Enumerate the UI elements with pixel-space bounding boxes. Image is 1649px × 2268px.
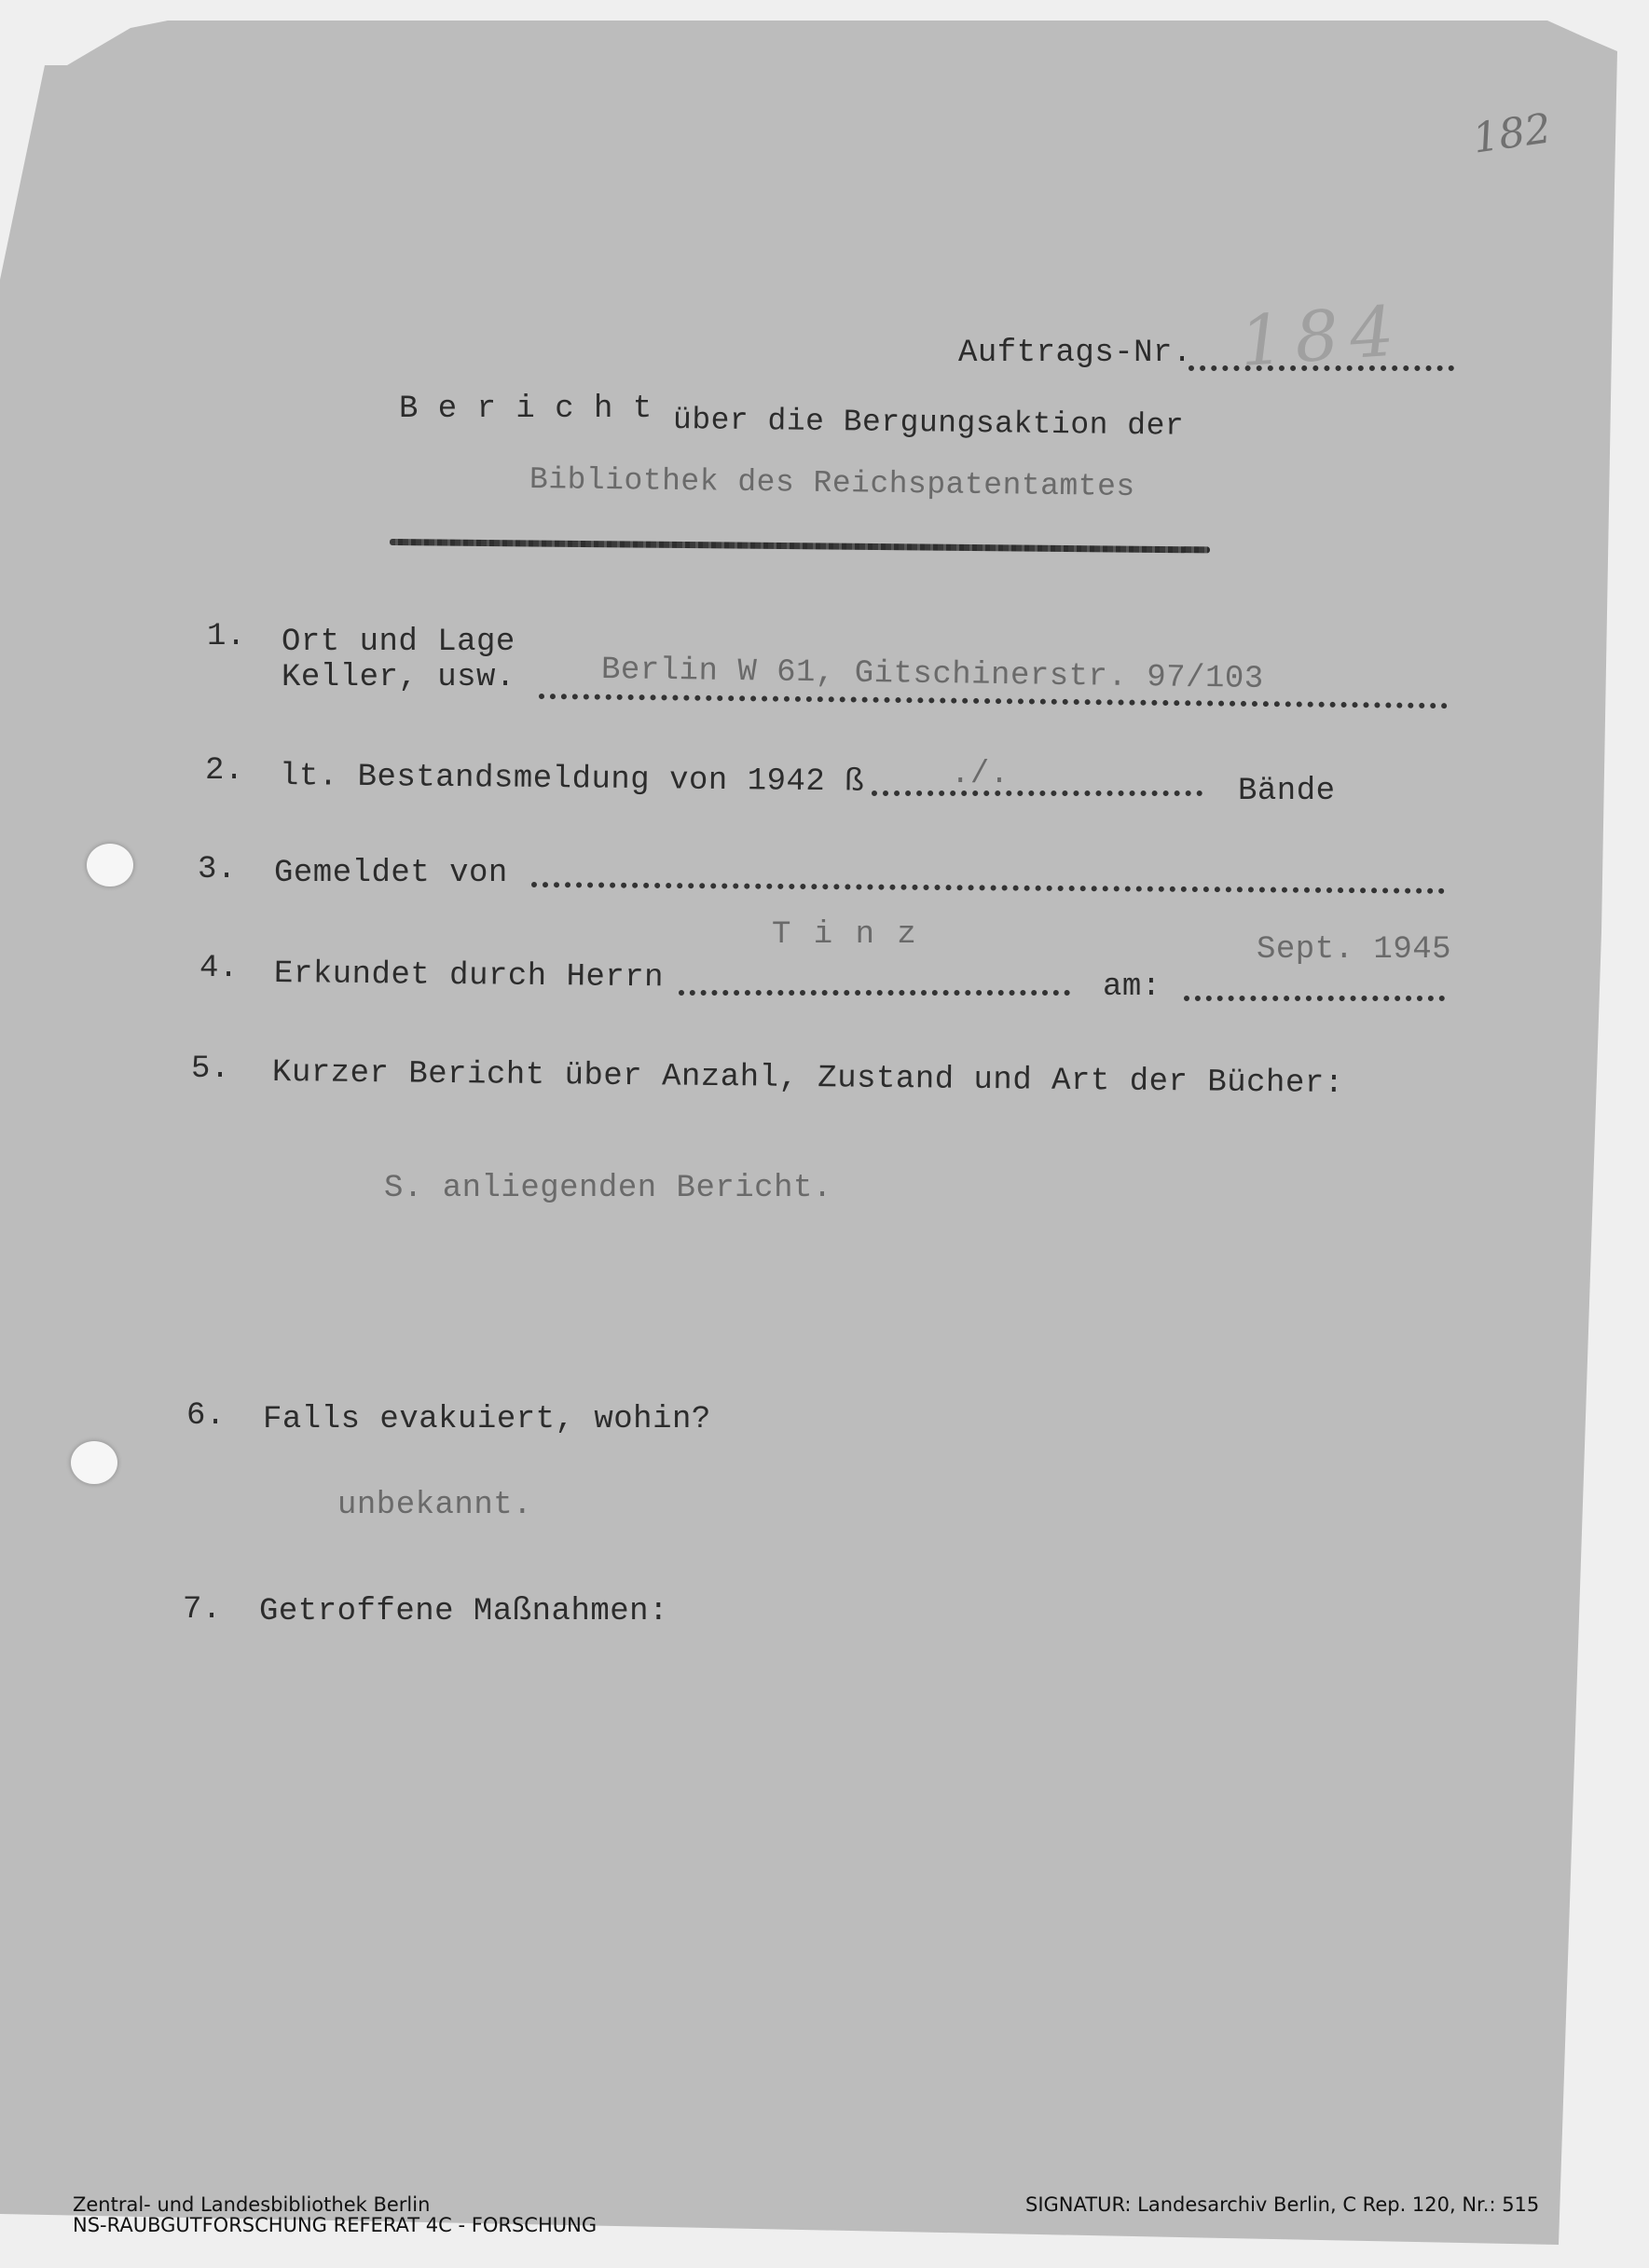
punch-hole	[71, 1441, 117, 1484]
item-6-value: unbekannt.	[337, 1488, 532, 1523]
item-3-label: Gemeldet von	[274, 856, 508, 891]
item-7-number: 7.	[183, 1592, 222, 1628]
item-4-dotted-line	[679, 990, 1070, 996]
item-4-date-value: Sept. 1945	[1257, 932, 1451, 968]
item-2-dotted-line	[872, 790, 1202, 796]
item-1-number: 1.	[207, 619, 246, 654]
punch-hole	[87, 844, 133, 887]
title-line2: Bibliothek des Reichspatentamtes	[529, 462, 1135, 504]
item-2-number: 2.	[205, 753, 244, 789]
footer-signature: SIGNATUR: Landesarchiv Berlin, C Rep. 12…	[1025, 2194, 1539, 2215]
item-1-label-line2: Keller, usw.	[282, 660, 515, 695]
item-7-label: Getroffene Maßnahmen:	[259, 1594, 668, 1629]
item-3-number: 3.	[198, 852, 237, 887]
item-2-suffix: Bände	[1238, 774, 1336, 809]
footer-department: NS-RAUBGUTFORSCHUNG REFERAT 4C - FORSCHU…	[73, 2215, 597, 2235]
item-6-label: Falls evakuiert, wohin?	[263, 1402, 711, 1437]
item-6-number: 6.	[186, 1398, 226, 1434]
item-4-value: T i n z	[772, 917, 918, 953]
item-4-date-dotted-line	[1184, 996, 1445, 1001]
title-spaced-word: B e r i c h t	[399, 392, 653, 427]
item-5-number: 5.	[191, 1052, 230, 1087]
order-number-dotted-line	[1189, 365, 1454, 371]
order-number-label: Auftrags-Nr.	[958, 336, 1192, 371]
item-4-label: Erkundet durch Herrn	[274, 956, 664, 996]
item-4-date-label: am:	[1103, 969, 1161, 1005]
title-line1: über die Bergungsaktion der	[673, 403, 1185, 444]
item-5-value: S. anliegenden Bericht.	[384, 1171, 832, 1206]
item-4-number: 4.	[199, 951, 239, 986]
item-2-value: ./.	[951, 757, 1010, 792]
item-1-label-line1: Ort und Lage	[282, 625, 515, 660]
footer-library-name: Zentral- und Landesbibliothek Berlin	[73, 2194, 430, 2215]
item-2-label: lt. Bestandsmeldung von 1942 ß	[280, 759, 864, 801]
